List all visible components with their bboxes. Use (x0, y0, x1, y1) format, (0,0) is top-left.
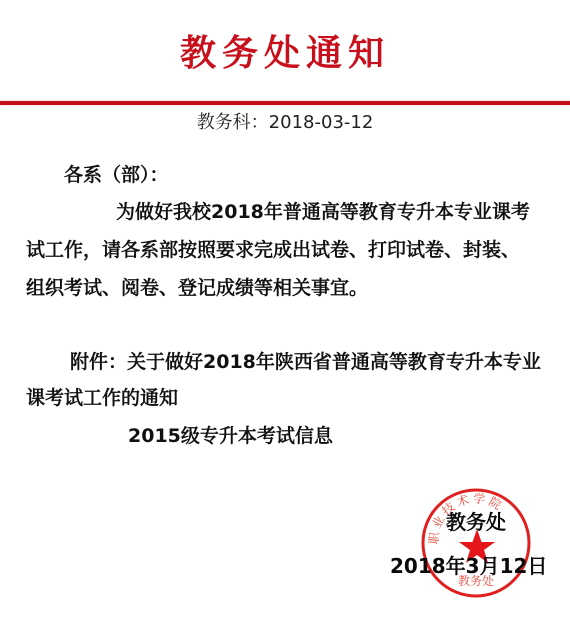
signature-date: 2018年3月12日 (390, 553, 547, 579)
issuer-date: 教务科：2018-03-12 (0, 111, 570, 135)
salutation: 各系（部）： (64, 162, 169, 188)
official-seal: 职业技术学院 教务处 (420, 487, 532, 599)
attachment-line-1: 附件：关于做好2018年陕西省普通高等教育专升本专业 (70, 349, 541, 375)
red-star-seal-icon: 职业技术学院 教务处 (420, 487, 532, 599)
paragraph-line-3: 组织考试、阅卷、登记成绩等相关事宜。 (26, 275, 368, 301)
attachment-line-2: 课考试工作的通知 (26, 385, 178, 411)
notice-title: 教务处通知 (0, 30, 570, 76)
signature-office: 教务处 (446, 509, 506, 535)
attachment-line-3: 2015级专升本考试信息 (128, 423, 333, 449)
paragraph-line-1: 为做好我校2018年普通高等教育专升本专业课考 (116, 199, 530, 225)
paragraph-line-2: 试工作，请各系部按照要求完成出试卷、打印试卷、封装、 (26, 237, 520, 263)
header-divider (0, 101, 570, 105)
